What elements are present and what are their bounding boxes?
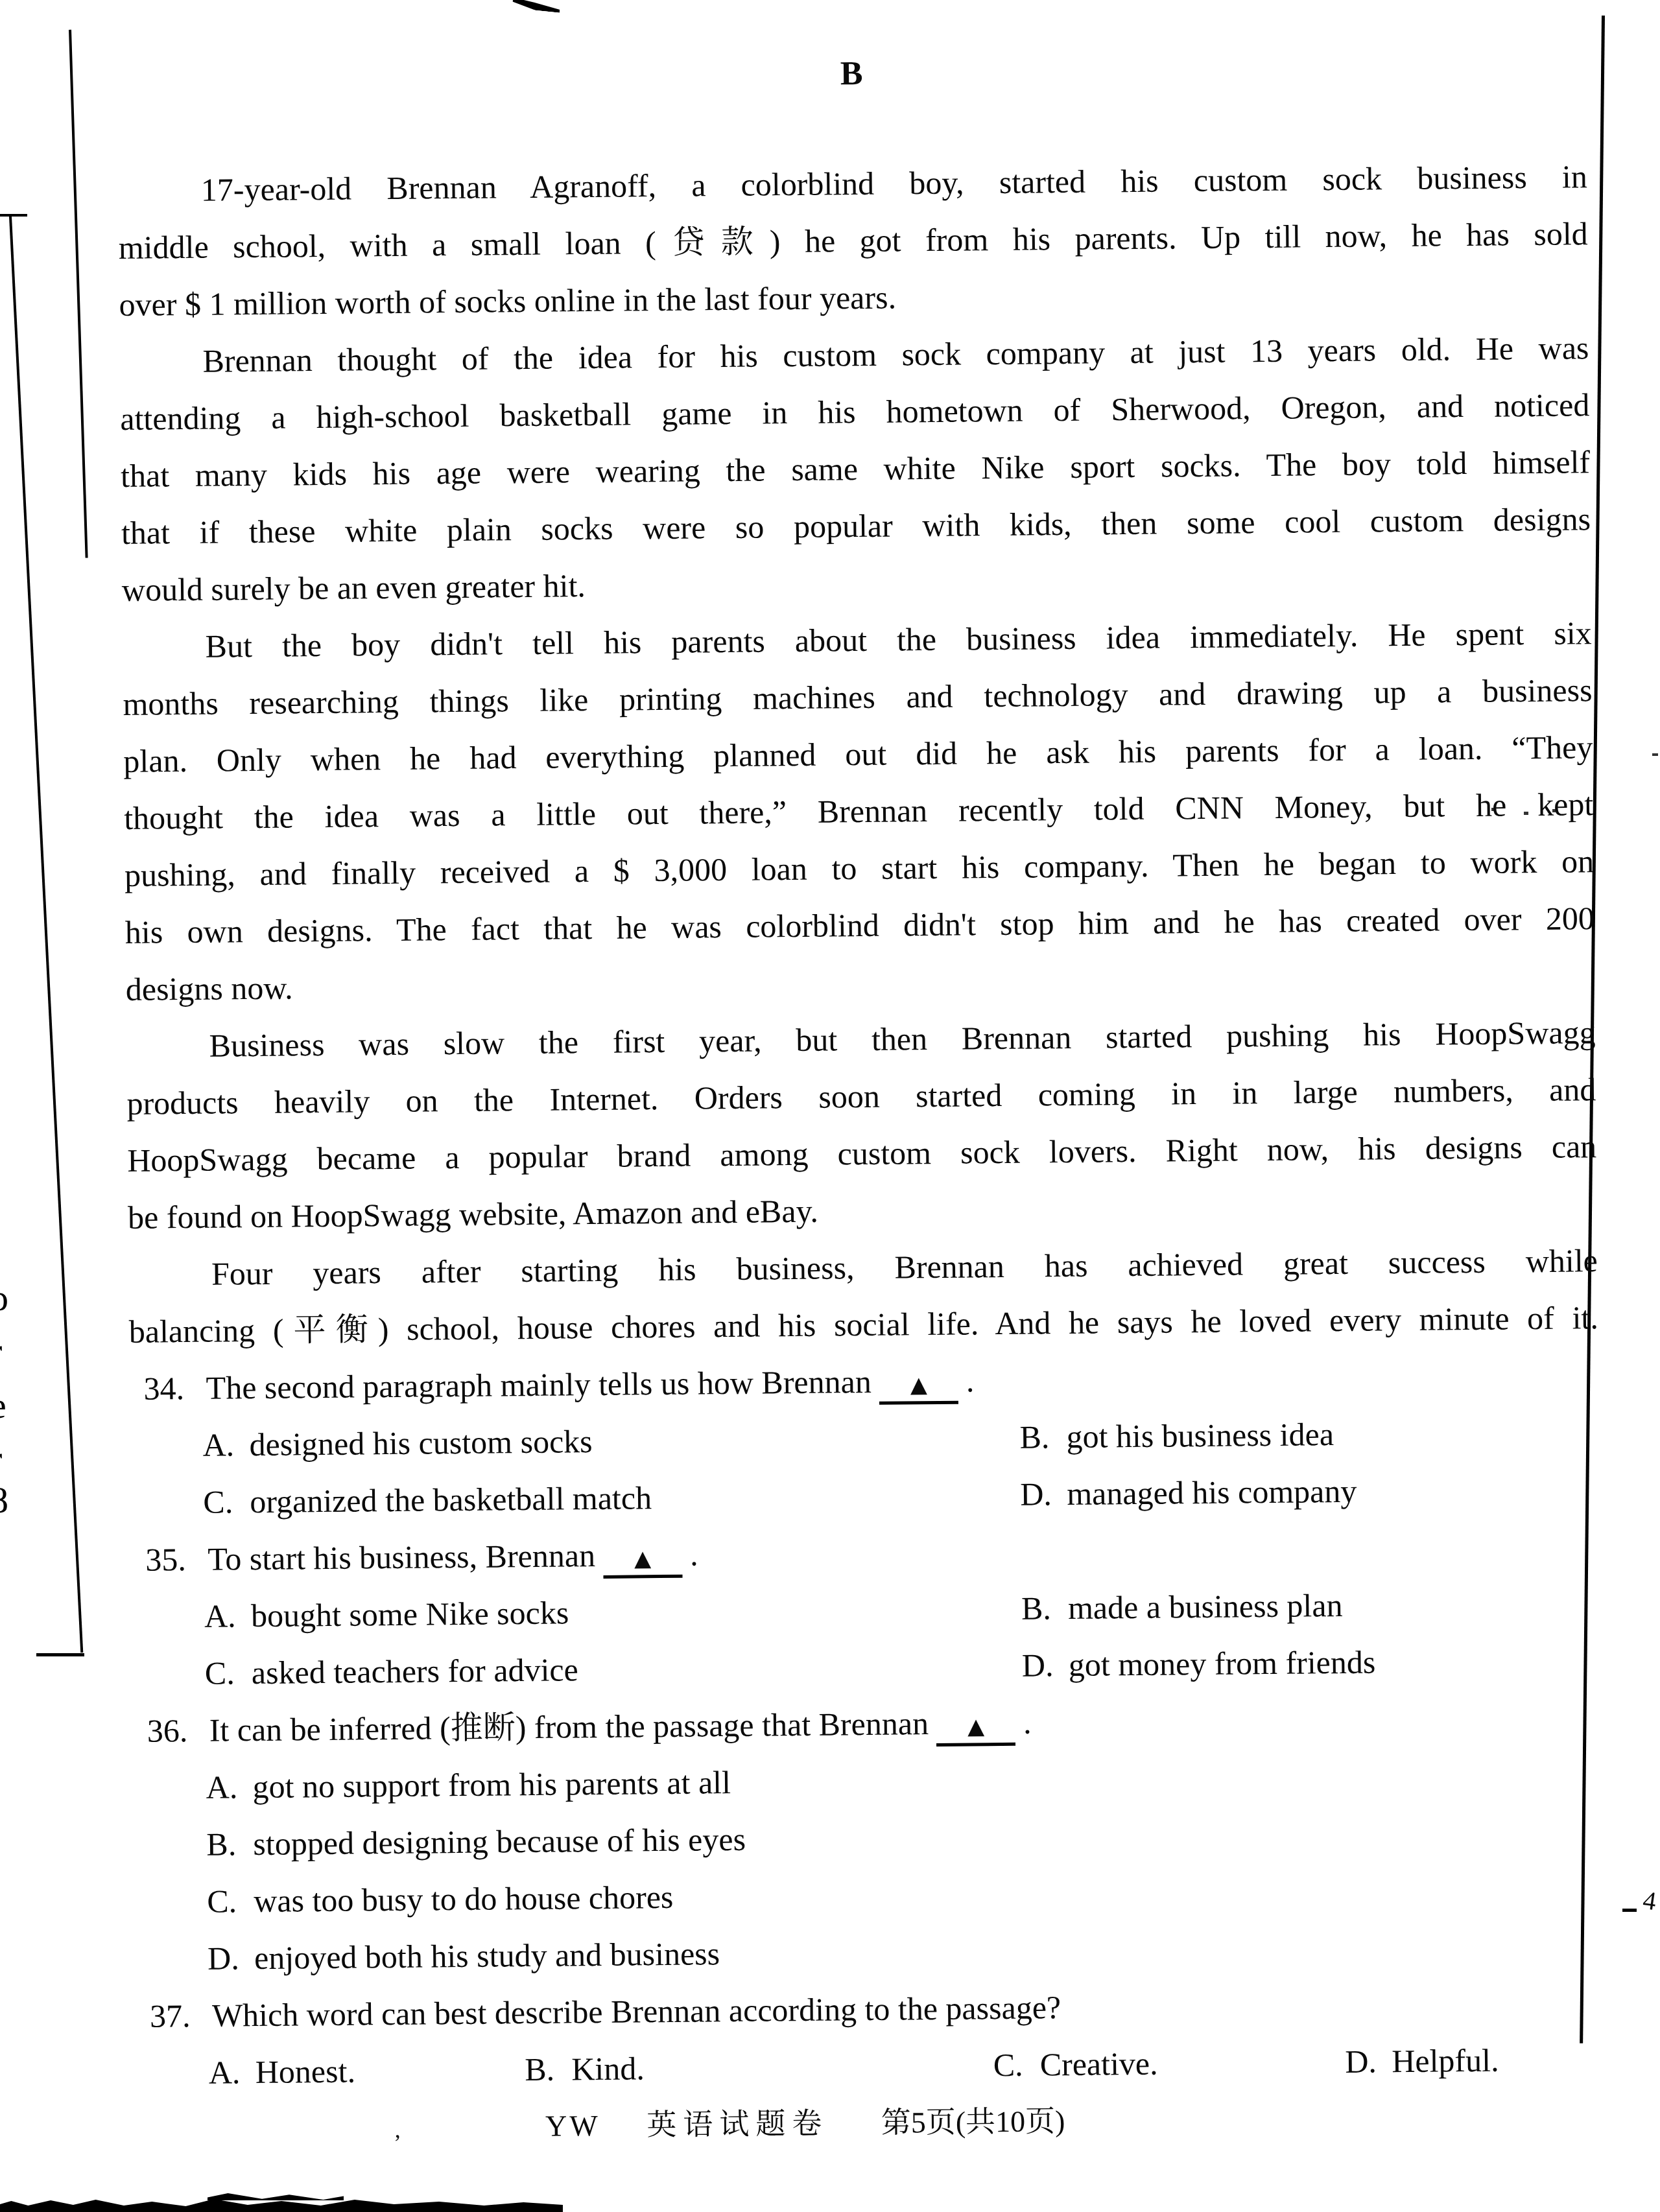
question-number: 34. (143, 1359, 206, 1417)
footer-page-number: 第5页(共10页) (881, 2104, 1065, 2139)
scan-edge-bar (0, 2199, 563, 2212)
footer-mark: , (394, 2117, 400, 2143)
question-number: 37. (150, 1987, 213, 2045)
cutoff-letter: r (0, 1437, 2, 1480)
footer-title: 英语试题卷 (646, 2107, 828, 2142)
option-letter: B. (1021, 1579, 1069, 1637)
cutoff-letter: o (0, 1276, 8, 1319)
option-letter: A. (202, 1416, 250, 1474)
option-a: A.bought some Nike socks (204, 1580, 1022, 1645)
page-content: B 17-year-old Brennan Agranoff, a colorb… (117, 44, 1606, 2159)
option-text: Helpful. (1392, 2042, 1499, 2080)
option-a: A.designed his custom socks (202, 1409, 1020, 1474)
option-letter: D. (207, 1929, 255, 1987)
option-c: C.Creative. (993, 2033, 1337, 2093)
scan-edge-blob (207, 2193, 344, 2200)
option-text: asked teachers for advice (252, 1651, 578, 1691)
option-letter: A. (206, 1758, 253, 1816)
cutoff-letter: r (0, 1329, 2, 1372)
answer-blank: ▲ (603, 1538, 683, 1579)
blank-triangle: ▲ (962, 1711, 990, 1743)
blank-triangle: ▲ (628, 1543, 657, 1575)
option-d: D.Helpful. (1345, 2032, 1499, 2090)
option-c: C.asked teachers for advice (204, 1637, 1022, 1702)
left-page-border-top (69, 30, 88, 558)
option-letter: B. (525, 2040, 572, 2098)
question-text: It can be inferred (推断) from the passage… (209, 1705, 929, 1748)
option-text: Kind. (571, 2050, 645, 2087)
option-text: got money from friends (1069, 1643, 1376, 1683)
left-border-bottom-foot (36, 1653, 84, 1656)
option-b: B.made a business plan (1021, 1574, 1602, 1637)
option-d: D.got money from friends (1021, 1631, 1602, 1694)
option-text: got his business idea (1066, 1416, 1334, 1455)
option-letter: B. (1019, 1408, 1067, 1466)
option-letter: C. (993, 2036, 1040, 2093)
blank-triangle: ▲ (905, 1369, 933, 1401)
answer-blank: ▲ (936, 1706, 1016, 1747)
option-a: A.Honest. (208, 2041, 517, 2101)
option-text: made a business plan (1068, 1587, 1343, 1626)
option-text: bought some Nike socks (251, 1594, 569, 1634)
question-number: 35. (145, 1531, 208, 1588)
option-letter: D. (1021, 1636, 1069, 1694)
left-page-border (9, 217, 83, 1653)
option-letter: D. (1020, 1465, 1067, 1523)
option-text: was too busy to do house chores (254, 1879, 674, 1919)
option-text: organized the basketball match (250, 1479, 652, 1520)
option-b: B.Kind. (525, 2036, 986, 2098)
question-text: To start his business, Brennan (207, 1537, 595, 1577)
option-letter: B. (206, 1815, 254, 1873)
question-number: 36. (147, 1702, 209, 1759)
question-tail: . (966, 1362, 974, 1398)
left-border-top-tick (0, 214, 27, 217)
cutoff-letter: 8 (0, 1478, 8, 1522)
option-letter: A. (208, 2043, 255, 2101)
pen-stroke-artifact (512, 0, 560, 13)
option-text: managed his company (1067, 1473, 1357, 1512)
option-letter: C. (207, 1872, 254, 1930)
option-text: got no support from his parents at all (252, 1764, 731, 1805)
option-letter: A. (204, 1587, 252, 1645)
option-text: stopped designing because of his eyes (253, 1821, 746, 1862)
question-text: Which word can best describe Brennan acc… (212, 1989, 1061, 2034)
option-text: designed his custom socks (249, 1423, 593, 1463)
option-letter: C. (203, 1473, 250, 1531)
question-tail: . (690, 1536, 698, 1573)
option-text: Honest. (255, 2053, 356, 2090)
option-text: Creative. (1040, 2045, 1158, 2083)
margin-dash (1622, 1909, 1637, 1912)
section-label: B (117, 44, 1587, 162)
option-b: B.got his business idea (1019, 1403, 1600, 1466)
option-letter: C. (204, 1644, 252, 1702)
question-text: The second paragraph mainly tells us how… (206, 1363, 871, 1406)
footer-code: YW (545, 2109, 600, 2143)
option-d: D.managed his company (1020, 1460, 1600, 1523)
scan-speck (1652, 753, 1658, 756)
margin-mark: 4 (1641, 1885, 1658, 1916)
option-c: C.organized the basketball match (203, 1466, 1021, 1531)
cutoff-letter: e (0, 1383, 6, 1427)
option-letter: D. (1345, 2032, 1392, 2090)
answer-blank: ▲ (879, 1365, 959, 1405)
option-text: enjoyed both his study and business (254, 1935, 720, 1976)
question-tail: . (1023, 1704, 1032, 1741)
